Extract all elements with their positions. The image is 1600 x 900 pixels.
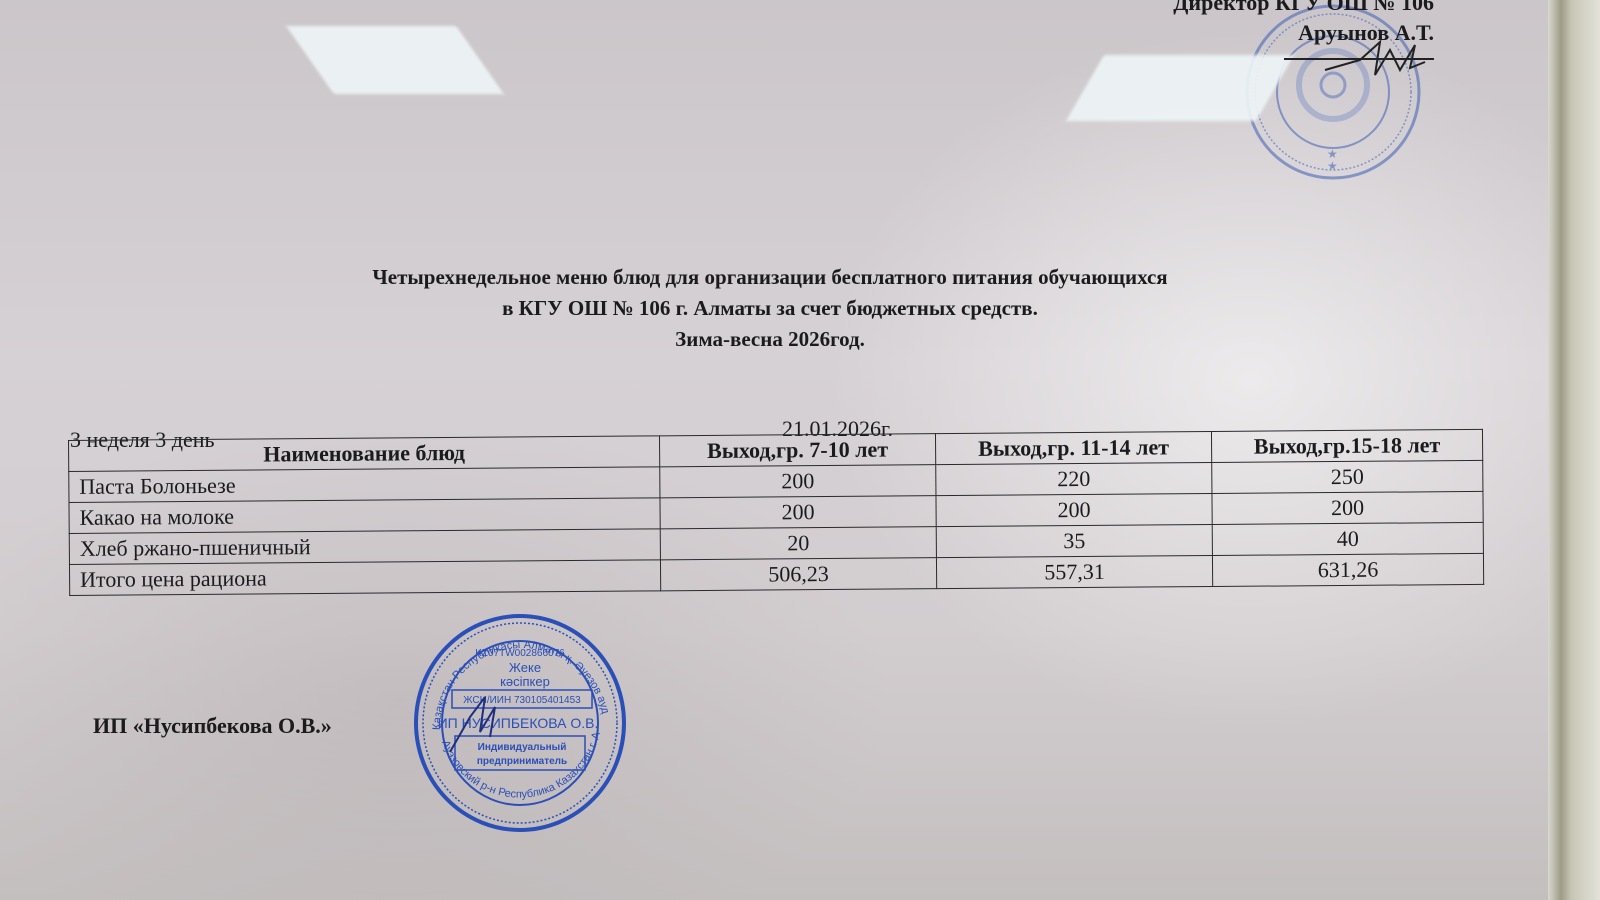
stamp-line-4: предприниматель — [477, 756, 567, 767]
dish-name: Хлеб ржано-пшеничный — [69, 529, 660, 565]
document-title: Четырехнедельное меню блюд для организац… — [240, 262, 1300, 355]
dish-name: Какао на молоке — [69, 498, 660, 534]
director-signature — [1320, 40, 1430, 80]
director-title: Директор КГУ ОШ № 106 — [1173, 0, 1434, 18]
title-line-1: Четырехнедельное меню блюд для организац… — [240, 262, 1300, 293]
portion-15-18: 200 — [1212, 491, 1483, 524]
title-line-3: Зима-весна 2026год. — [240, 324, 1300, 355]
header-dish-name: Наименование блюд — [69, 436, 660, 472]
price-7-10: 506,23 — [660, 558, 936, 591]
frame-edge — [1548, 0, 1600, 900]
title-line-2: в КГУ ОШ № 106 г. Алматы за счет бюджетн… — [240, 293, 1300, 324]
menu-table: Наименование блюд Выход,гр. 7-10 лет Вых… — [68, 429, 1484, 596]
stamp-line-3: Индивидуальный — [478, 742, 567, 753]
portion-11-14: 35 — [936, 525, 1212, 558]
stamp-name: ИП НУСИПБЕКОВА О.В. — [438, 715, 599, 731]
stamp-iin: ЖСН/ИИН 730105401453 — [463, 695, 581, 706]
header-age-11-14: Выход,гр. 11-14 лет — [935, 432, 1211, 465]
header-age-15-18: Выход,гр.15-18 лет — [1211, 429, 1482, 462]
portion-15-18: 250 — [1212, 460, 1483, 493]
portion-7-10: 200 — [660, 465, 936, 498]
header-age-7-10: Выход,гр. 7-10 лет — [659, 434, 935, 467]
portion-7-10: 200 — [660, 496, 936, 529]
supplier-name: ИП «Нусипбекова О.В.» — [93, 713, 332, 739]
light-glare — [1066, 55, 1294, 121]
svg-text:★: ★ — [1327, 159, 1338, 173]
portion-11-14: 200 — [936, 494, 1212, 527]
price-15-18: 631,26 — [1212, 553, 1483, 586]
dish-name: Паста Болоньезе — [69, 467, 660, 503]
stamp-line-2: кәсіпкер — [500, 674, 550, 689]
stamp-line-1: Жеке — [509, 660, 541, 675]
stamp-account: KZ07TW002866076 — [475, 648, 565, 659]
portion-11-14: 220 — [936, 463, 1212, 496]
portion-7-10: 20 — [660, 527, 936, 560]
portion-15-18: 40 — [1212, 522, 1483, 555]
supplier-stamp: Қазақстан Республикасы Алматы қ. Әуезов … — [410, 612, 630, 834]
total-label: Итого цена рациона — [69, 560, 660, 596]
price-11-14: 557,31 — [936, 556, 1212, 589]
